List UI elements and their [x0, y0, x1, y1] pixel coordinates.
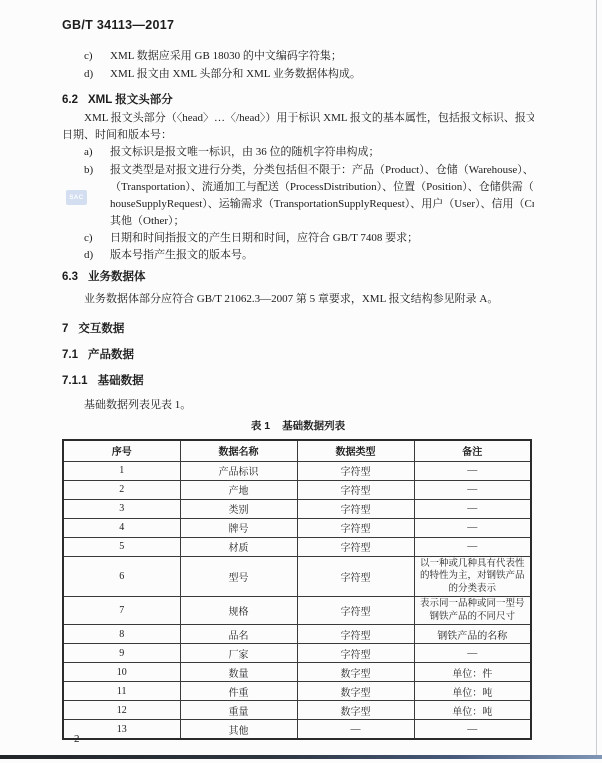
- list-item-text: 报文标识是报文唯一标识，由 36 位的随机字符串构成；: [110, 144, 534, 162]
- sac-watermark: SAC: [66, 190, 87, 205]
- paragraph-line: 业务数据体部分应符合 GB/T 21062.3—2007 第 5 章要求，XML…: [62, 291, 534, 308]
- section-title: 产品数据: [88, 349, 134, 361]
- table-caption: 表 1基础数据列表: [62, 418, 534, 434]
- section-title: 交互数据: [78, 323, 124, 335]
- table-row: 11件重数字型单位：吨: [63, 682, 531, 701]
- section-6-2-list: a) 报文标识是报文唯一标识，由 36 位的随机字符串构成； b) 报文类型是对…: [62, 144, 534, 265]
- header-cell: 序号: [63, 440, 180, 462]
- header-cell: 数据类型: [297, 440, 414, 462]
- section-number: 7.1: [62, 349, 78, 361]
- section-title: 业务数据体: [88, 271, 146, 283]
- table-row: 8品名字符型钢铁产品的名称: [63, 625, 531, 644]
- table-row: 7规格字符型表示同一品种或同一型号钢铁产品的不同尺寸: [63, 597, 531, 625]
- section-6-3-paragraph: 业务数据体部分应符合 GB/T 21062.3—2007 第 5 章要求，XML…: [62, 291, 534, 308]
- doc-number: GB/T 34113—2017: [62, 18, 534, 32]
- section-number: 7.1.1: [62, 375, 88, 387]
- section-6-2-paragraph: XML 报文头部分（〈head〉…〈/head〉）用于标识 XML 报文的基本属…: [62, 110, 534, 144]
- paragraph-line: 基础数据列表见表 1。: [62, 397, 534, 414]
- scan-edge-bottom: [0, 755, 602, 759]
- scanned-document-page: GB/T 34113—2017 c) XML 数据应采用 GB 18030 的中…: [0, 0, 602, 763]
- table-row: 13其他——: [63, 720, 531, 740]
- list-item: d) XML 报文由 XML 头部分和 XML 业务数据体构成。: [62, 66, 534, 84]
- paragraph-line: XML 报文头部分（〈head〉…〈/head〉）用于标识 XML 报文的基本属…: [62, 110, 534, 127]
- list-item-text: XML 数据应采用 GB 18030 的中文编码字符集；: [110, 48, 534, 66]
- section-title: XML 报文头部分: [88, 94, 173, 106]
- table-caption-title: 基础数据列表: [282, 420, 345, 432]
- list-item: c) XML 数据应采用 GB 18030 的中文编码字符集；: [62, 48, 534, 66]
- section-7-1-1-paragraph: 基础数据列表见表 1。: [62, 397, 534, 414]
- page-content: GB/T 34113—2017 c) XML 数据应采用 GB 18030 的中…: [62, 0, 534, 740]
- list-item-label: c): [84, 48, 110, 66]
- section-heading-7-1-1: 7.1.1基础数据: [62, 373, 534, 389]
- table-row: 1产品标识字符型—: [63, 461, 531, 480]
- section-number: 6.3: [62, 271, 78, 283]
- list-item-label: c): [84, 230, 110, 248]
- list-item-label: a): [84, 144, 110, 162]
- section-number: 7: [62, 323, 68, 335]
- section-heading-6-2: 6.2XML 报文头部分: [62, 92, 534, 108]
- list-item-text: 版本号指产生报文的版本号。: [110, 247, 534, 265]
- table-caption-number: 表 1: [251, 420, 270, 432]
- list-item-label: d): [84, 66, 110, 84]
- section-heading-7-1: 7.1产品数据: [62, 347, 534, 363]
- header-cell: 数据名称: [180, 440, 297, 462]
- table-row: 4牌号字符型—: [63, 518, 531, 537]
- list-item: d) 版本号指产生报文的版本号。: [62, 247, 534, 265]
- list-item-text: 日期和时间指报文的产生日期和时间，应符合 GB/T 7408 要求；: [110, 230, 534, 248]
- table-row: 12重量数字型单位：吨: [63, 701, 531, 720]
- table-row: 5材质字符型—: [63, 537, 531, 556]
- table-row: 2产地字符型—: [63, 480, 531, 499]
- table-row: 3类别字符型—: [63, 499, 531, 518]
- list-item-label: d): [84, 247, 110, 265]
- list-item-label: b): [84, 162, 110, 230]
- basic-data-table: 序号 数据名称 数据类型 备注 1产品标识字符型— 2产地字符型— 3类别字符型…: [62, 439, 532, 741]
- table-row: 9厂家字符型—: [63, 644, 531, 663]
- section-heading-6-3: 6.3业务数据体: [62, 269, 534, 285]
- section-heading-7: 7交互数据: [62, 321, 534, 337]
- list-item: c) 日期和时间指报文的产生日期和时间，应符合 GB/T 7408 要求；: [62, 230, 534, 248]
- list-item-text: XML 报文由 XML 头部分和 XML 业务数据体构成。: [110, 66, 534, 84]
- list-item: b) 报文类型是对报文进行分类，分类包括但不限于：产品（Product）、仓储（…: [62, 162, 534, 230]
- table-row: 10数量数字型单位：件: [63, 663, 531, 682]
- list-item-text: 报文类型是对报文进行分类，分类包括但不限于：产品（Product）、仓储（War…: [110, 162, 534, 230]
- scan-edge-right: [596, 0, 597, 755]
- section-number: 6.2: [62, 94, 78, 106]
- paragraph-line: 日期、时间和版本号：: [62, 127, 534, 144]
- table-header-row: 序号 数据名称 数据类型 备注: [63, 440, 531, 462]
- section-title: 基础数据: [98, 375, 144, 387]
- page-number: 2: [74, 733, 80, 745]
- header-cell: 备注: [414, 440, 531, 462]
- table-row: 6型号字符型以一种或几种具有代表性的特性为主，对钢铁产品的分类表示: [63, 556, 531, 597]
- list-item: a) 报文标识是报文唯一标识，由 36 位的随机字符串构成；: [62, 144, 534, 162]
- intro-list: c) XML 数据应采用 GB 18030 的中文编码字符集； d) XML 报…: [62, 48, 534, 83]
